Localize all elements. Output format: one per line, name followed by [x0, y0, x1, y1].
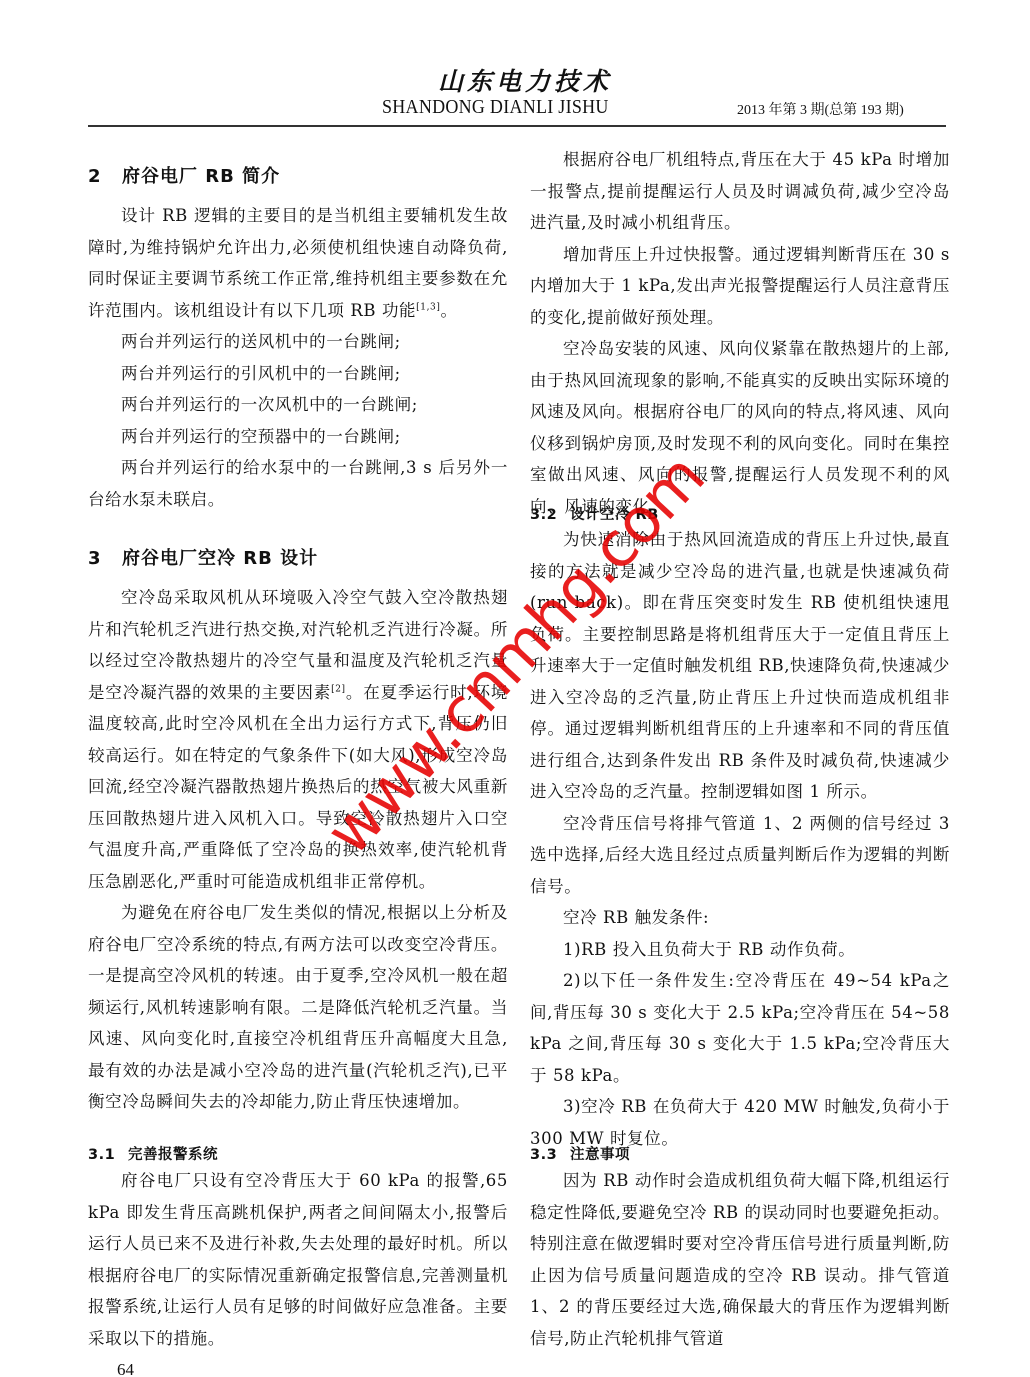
section-3-body: 空冷岛采取风机从环境吸入冷空气鼓入空冷散热翅片和汽轮机乏汽进行热交换,对汽轮机乏… [88, 582, 508, 1118]
paragraph: 为快速消除由于热风回流造成的背压上升过快,最直接的方法就是减少空冷岛的进汽量,也… [530, 524, 950, 808]
paragraph: 因为 RB 动作时会造成机组负荷大幅下降,机组运行稳定性降低,要避免空冷 RB … [530, 1165, 950, 1354]
paragraph: 设计 RB 逻辑的主要目的是当机组主要辅机发生故障时,为维持锅炉允许出力,必须使… [88, 200, 508, 326]
journal-title-en: SHANDONG DIANLI JISHU [382, 96, 609, 119]
section-number: 3.2 [530, 507, 570, 523]
citation: [1,3] [416, 302, 440, 312]
condition-item: 1)RB 投入且负荷大于 RB 动作负荷。 [530, 934, 950, 966]
section-number: 3.3 [530, 1147, 570, 1163]
citation: [2] [331, 684, 346, 694]
section-title: 完善报警系统 [128, 1147, 218, 1163]
section-2-body: 设计 RB 逻辑的主要目的是当机组主要辅机发生故障时,为维持锅炉允许出力,必须使… [88, 200, 508, 515]
list-item: 两台并列运行的送风机中的一台跳闸; [88, 326, 508, 358]
list-item: 两台并列运行的给水泵中的一台跳闸,3 s 后另外一台给水泵未联启。 [88, 452, 508, 515]
header-divider [88, 125, 946, 127]
paragraph: 府谷电厂只设有空冷背压大于 60 kPa 的报警,65 kPa 即发生背压高跳机… [88, 1165, 508, 1354]
section-title: 注意事项 [570, 1147, 630, 1163]
paragraph: 增加背压上升过快报警。通过逻辑判断背压在 30 s 内增加大于 1 kPa,发出… [530, 239, 950, 334]
trigger-conditions-title: 空冷 RB 触发条件: [530, 902, 950, 934]
paragraph: 空冷岛采取风机从环境吸入冷空气鼓入空冷散热翅片和汽轮机乏汽进行热交换,对汽轮机乏… [88, 582, 508, 897]
section-number: 3 [88, 548, 122, 569]
section-3-3-body: 因为 RB 动作时会造成机组负荷大幅下降,机组运行稳定性降低,要避免空冷 RB … [530, 1165, 950, 1354]
section-3-1-body: 府谷电厂只设有空冷背压大于 60 kPa 的报警,65 kPa 即发生背压高跳机… [88, 1165, 508, 1354]
section-2-heading: 2府谷电厂 RB 简介 [88, 162, 280, 188]
section-title: 设计空冷 RB [570, 507, 659, 523]
section-number: 3.1 [88, 1147, 128, 1163]
paragraph: 根据府谷电厂机组特点,背压在大于 45 kPa 时增加一报警点,提前提醒运行人员… [530, 144, 950, 239]
section-3-1-heading: 3.1完善报警系统 [88, 1143, 218, 1164]
section-title: 府谷电厂 RB 简介 [122, 166, 280, 187]
section-3-3-heading: 3.3注意事项 [530, 1143, 630, 1164]
journal-title-cn: 山东电力技术 [438, 62, 612, 98]
paragraph: 空冷背压信号将排气管道 1、2 两侧的信号经过 3 选中选择,后经大选且经过点质… [530, 808, 950, 903]
list-item: 两台并列运行的空预器中的一台跳闸; [88, 421, 508, 453]
section-3-2-body: 为快速消除由于热风回流造成的背压上升过快,最直接的方法就是减少空冷岛的进汽量,也… [530, 524, 950, 1154]
condition-item: 2)以下任一条件发生:空冷背压在 49~54 kPa之间,背压每 30 s 变化… [530, 965, 950, 1091]
paragraph: 空冷岛安装的风速、风向仪紧靠在散热翅片的上部,由于热风回流现象的影响,不能真实的… [530, 333, 950, 522]
alarm-measures: 根据府谷电厂机组特点,背压在大于 45 kPa 时增加一报警点,提前提醒运行人员… [530, 144, 950, 522]
list-item: 两台并列运行的引风机中的一台跳闸; [88, 358, 508, 390]
page-number: 64 [117, 1360, 134, 1377]
journal-page: 山东电力技术 SHANDONG DIANLI JISHU 2013 年第 3 期… [0, 0, 1030, 1377]
list-item: 两台并列运行的一次风机中的一台跳闸; [88, 389, 508, 421]
section-3-2-heading: 3.2设计空冷 RB [530, 503, 659, 524]
section-title: 府谷电厂空冷 RB 设计 [122, 548, 318, 569]
section-3-heading: 3府谷电厂空冷 RB 设计 [88, 544, 318, 570]
paragraph: 为避免在府谷电厂发生类似的情况,根据以上分析及府谷电厂空冷系统的特点,有两方法可… [88, 897, 508, 1118]
section-number: 2 [88, 166, 122, 187]
issue-info: 2013 年第 3 期(总第 193 期) [737, 99, 904, 119]
